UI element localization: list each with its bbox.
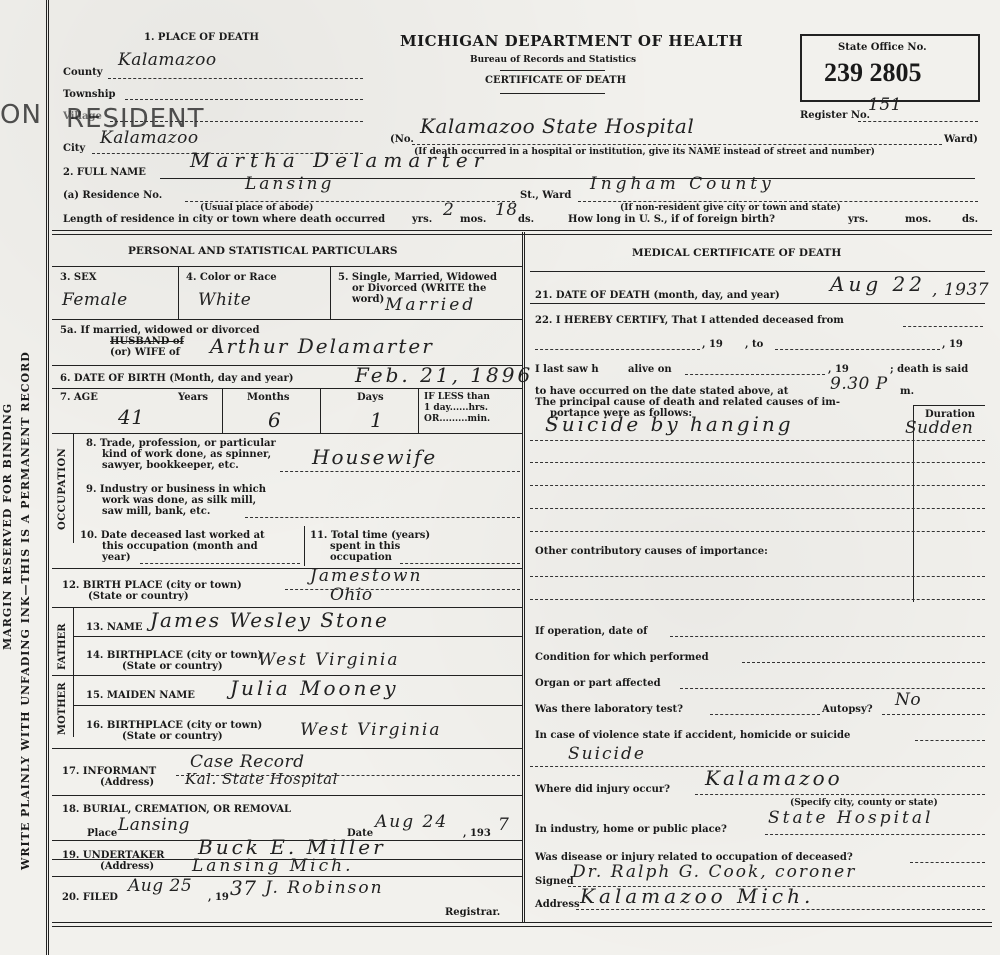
last-worked-label-2: this occupation (month and	[102, 541, 258, 552]
residence-value: Lansing	[245, 174, 334, 194]
informant-address-value: Kal. State Hospital	[185, 770, 338, 788]
st-ward-label: St., Ward	[520, 190, 571, 201]
county-label: County	[63, 67, 103, 78]
length-residence-label: Length of residence in city or town wher…	[63, 214, 385, 225]
register-line	[858, 121, 978, 122]
father-birthplace-label-1: 14. BIRTHPLACE (city or town)	[86, 650, 262, 661]
industry-home-label: In industry, home or public place?	[535, 824, 727, 835]
residence-line	[185, 201, 515, 202]
other-causes-line	[530, 576, 985, 577]
other-causes-line	[530, 599, 985, 600]
industry-home-value: State Hospital	[768, 808, 933, 828]
trade-line	[280, 471, 520, 472]
binding-margin-line	[46, 0, 49, 955]
father-name-value: James Wesley Stone	[150, 608, 389, 632]
residence-ds-value: 18	[495, 200, 518, 220]
industry-label-3: saw mill, bank, etc.	[102, 506, 210, 517]
age-months-label: Months	[247, 392, 290, 403]
personal-section-title: PERSONAL AND STATISTICAL PARTICULARS	[128, 245, 398, 257]
signed-value: Dr. Ralph G. Cook, coroner	[572, 862, 856, 882]
full-name-value: Martha Delamarter	[190, 148, 489, 172]
violence-value: Suicide	[568, 744, 646, 764]
death-said-label: ; death is said	[890, 364, 968, 375]
injury-where-line	[695, 794, 985, 795]
trade-label-1: 8. Trade, profession, or particular	[86, 438, 276, 449]
cause-line	[530, 440, 985, 441]
industry-label-2: work was done, as silk mill,	[102, 495, 256, 506]
row-rule	[52, 319, 522, 320]
total-time-line	[400, 563, 520, 564]
cell-divider	[222, 388, 223, 433]
dod-year: , 1937	[932, 280, 989, 300]
specify-note: (Specify city, county or state)	[790, 798, 938, 808]
county-value: Kalamazoo	[118, 50, 217, 70]
father-side-label: FATHER	[57, 623, 68, 670]
bottom-rule	[52, 922, 992, 923]
bureau-subtitle: Bureau of Records and Statistics	[470, 55, 636, 65]
place-of-death-heading: 1. PLACE OF DEATH	[144, 32, 259, 43]
village-label: Village	[63, 111, 102, 122]
race-label: 4. Color or Race	[186, 272, 277, 283]
foreign-mos-label: mos.	[905, 214, 931, 225]
other-causes-label: Other contributory causes of importance:	[535, 546, 768, 557]
residence-ds-label: ds.	[518, 214, 534, 225]
alive-line	[685, 374, 825, 375]
occupation-side-divider	[73, 433, 74, 543]
marital-value: Married	[385, 295, 476, 315]
ward-label: Ward)	[944, 134, 978, 145]
age-months-value: 6	[268, 408, 281, 432]
cause-line	[530, 485, 985, 486]
certify-to-label: , to	[745, 339, 763, 350]
marital-label-2: or Divorced (WRITE the	[352, 283, 486, 294]
autopsy-label: Autopsy?	[822, 704, 873, 715]
section-rule	[52, 230, 992, 231]
age-years-value: 41	[118, 405, 144, 429]
father-birthplace-label-2: (State or country)	[122, 661, 223, 672]
total-time-label-3: occupation	[330, 552, 392, 563]
mother-maiden-value: Julia Mooney	[230, 676, 399, 700]
state-office-number: 239 2805	[824, 58, 922, 88]
cell-divider	[330, 266, 331, 319]
autopsy-value: No	[895, 690, 921, 710]
registrar-label: Registrar.	[445, 907, 500, 918]
sex-label: 3. SEX	[60, 272, 97, 283]
registrar-signature: J. Robinson	[265, 878, 384, 898]
row-rule	[52, 388, 522, 389]
industry-home-line	[765, 834, 985, 835]
row-rule	[74, 705, 522, 706]
cause-line	[530, 462, 985, 463]
lab-test-label: Was there laboratory test?	[535, 704, 683, 715]
marital-label-3: word)	[352, 294, 384, 305]
city-label: City	[63, 143, 85, 154]
township-label: Township	[63, 89, 116, 100]
county-line	[108, 78, 363, 79]
header-rule	[500, 93, 605, 94]
foreign-birth-label: How long in U. S., if of foreign birth?	[568, 214, 775, 225]
autopsy-line	[882, 714, 985, 715]
age-label: 7. AGE	[60, 392, 98, 403]
last-worked-line	[140, 563, 300, 564]
st-ward-line	[578, 201, 978, 202]
foreign-yrs-label: yrs.	[848, 214, 868, 225]
dod-value: Aug 22	[830, 272, 926, 296]
cell-divider	[178, 266, 179, 319]
informant-name-value: Case Record	[190, 752, 304, 772]
certify-label: 22. I HEREBY CERTIFY, That I attended de…	[535, 315, 844, 326]
filed-year-suffix: 37	[230, 876, 256, 900]
certify-from-line	[535, 349, 700, 350]
department-title: MICHIGAN DEPARTMENT OF HEALTH	[400, 32, 743, 50]
no-label: (No.	[390, 134, 414, 145]
row-rule	[52, 266, 522, 267]
total-time-label-2: spent in this	[330, 541, 400, 552]
age-days-value: 1	[370, 408, 383, 432]
margin-text-permanent-record: WRITE PLAINLY WITH UNFADING INK—THIS IS …	[20, 351, 31, 870]
operation-label: If operation, date of	[535, 626, 647, 637]
father-name-label: 13. NAME	[86, 622, 142, 633]
filed-date-value: Aug 25	[128, 876, 192, 896]
address-value: Kalamazoo Mich.	[580, 884, 814, 908]
residence-yrs-label: yrs.	[412, 214, 432, 225]
birthplace-city-value: Jamestown	[310, 566, 422, 586]
last-worked-label-3: year)	[102, 552, 131, 563]
township-line	[125, 99, 363, 100]
column-divider	[522, 232, 525, 922]
trade-value: Housewife	[312, 445, 437, 469]
undertaker-address-label: (Address)	[100, 861, 154, 872]
marital-label-1: 5. Single, Married, Widowed	[338, 272, 497, 283]
burial-year-suffix: 7	[498, 815, 509, 835]
cell-divider	[320, 388, 321, 433]
mother-birthplace-value: West Virginia	[300, 720, 442, 740]
register-number: 151	[868, 95, 902, 115]
last-worked-label-1: 10. Date deceased last worked at	[80, 530, 265, 541]
address-label: Address	[535, 899, 580, 910]
cell-divider	[304, 526, 305, 566]
stamp-non-resident-left: ON	[0, 100, 42, 130]
last-saw-label: I last saw h	[535, 364, 599, 375]
informant-label: 17. INFORMANT	[62, 766, 156, 777]
certify-from-19: , 19	[702, 339, 723, 350]
occurred-at-label: to have occurred on the date stated abov…	[535, 386, 788, 397]
birthplace-state-value: Ohio	[330, 585, 373, 605]
full-name-label: 2. FULL NAME	[63, 167, 146, 178]
row-rule	[74, 636, 522, 637]
spouse-label-husband: HUSBAND of	[110, 336, 184, 347]
organ-line	[680, 688, 985, 689]
mother-birthplace-label-1: 16. BIRTHPLACE (city or town)	[86, 720, 262, 731]
burial-place-value: Lansing	[118, 815, 190, 835]
sex-value: Female	[62, 290, 128, 310]
filed-year-prefix: , 19	[208, 892, 229, 903]
certificate-title: CERTIFICATE OF DEATH	[485, 75, 626, 86]
less-than-label-1: IF LESS than	[424, 392, 490, 402]
header-rule	[500, 70, 605, 71]
total-time-label-1: 11. Total time (years)	[310, 530, 430, 541]
mother-side-label: MOTHER	[57, 682, 68, 735]
medical-section-title: MEDICAL CERTIFICATE OF DEATH	[632, 247, 841, 259]
informant-address-label: (Address)	[100, 777, 154, 788]
race-value: White	[198, 290, 251, 310]
certify-line	[903, 326, 983, 327]
dod-label: 21. DATE OF DEATH (month, day, and year)	[535, 290, 780, 301]
spouse-value: Arthur Delamarter	[210, 334, 434, 358]
trade-label-3: sawyer, bookkeeper, etc.	[102, 460, 239, 471]
residence-label: (a) Residence No.	[63, 190, 162, 201]
duration-value: Sudden	[905, 418, 973, 438]
burial-date-value: Aug 24	[375, 812, 448, 832]
filed-label: 20. FILED	[62, 892, 118, 903]
injury-where-value: Kalamazoo	[705, 766, 843, 790]
trade-label-2: kind of work done, as spinner,	[102, 449, 271, 460]
foreign-ds-label: ds.	[962, 214, 978, 225]
undertaker-address-value: Lansing Mich.	[192, 856, 354, 876]
residence-mos-label: mos.	[460, 214, 486, 225]
row-rule	[52, 748, 522, 749]
condition-line	[742, 662, 985, 663]
certify-to-19: , 19	[942, 339, 963, 350]
time-of-death-value: 9.30 P	[830, 374, 888, 394]
address-line	[576, 909, 985, 910]
birthplace-label-2: (State or country)	[88, 591, 189, 602]
age-years-label: Years	[178, 392, 208, 403]
residence-mos-value: 2	[443, 200, 454, 220]
cell-divider	[418, 388, 419, 433]
cause-label-1: The principal cause of death and related…	[535, 397, 840, 408]
register-label: Register No.	[800, 110, 870, 121]
st-ward-value: Ingham County	[590, 174, 775, 194]
operation-line	[670, 636, 985, 637]
nonresident-note: (If non-resident give city or town and s…	[620, 203, 841, 213]
father-birthplace-value: West Virginia	[258, 650, 400, 670]
dob-value: Feb. 21, 1896	[355, 363, 533, 387]
bottom-rule	[52, 926, 992, 927]
burial-year-prefix: , 193	[463, 828, 491, 839]
occupation-related-line	[910, 862, 985, 863]
burial-label: 18. BURIAL, CREMATION, OR REMOVAL	[62, 804, 291, 815]
row-rule	[52, 433, 522, 434]
violence-line	[915, 740, 985, 741]
row-rule	[52, 876, 522, 877]
violence-label: In case of violence state if accident, h…	[535, 730, 850, 741]
occupation-side-label: OCCUPATION	[57, 448, 68, 530]
birthplace-label-1: 12. BIRTH PLACE (city or town)	[62, 580, 242, 591]
institution-value: Kalamazoo State Hospital	[420, 114, 694, 138]
cause-line	[530, 531, 985, 532]
industry-label-1: 9. Industry or business in which	[86, 484, 266, 495]
abode-note: (Usual place of abode)	[200, 203, 313, 213]
cause-of-death-value: Suicide by hanging	[545, 412, 794, 436]
certify-to-line	[775, 349, 940, 350]
margin-text-binding: MARGIN RESERVED FOR BINDING	[2, 403, 13, 650]
injury-where-label: Where did injury occur?	[535, 784, 670, 795]
lab-test-line	[710, 714, 820, 715]
organ-label: Organ or part affected	[535, 678, 661, 689]
burial-place-label: Place	[87, 828, 117, 839]
age-days-label: Days	[357, 392, 384, 403]
duration-top-rule	[913, 405, 985, 406]
mother-birthplace-label-2: (State or country)	[122, 731, 223, 742]
cause-line	[530, 508, 985, 509]
row-rule	[52, 568, 522, 569]
less-than-label-3: OR.........min.	[424, 414, 490, 424]
birthplace-line	[285, 589, 520, 590]
state-office-label: State Office No.	[838, 42, 927, 53]
death-certificate-page: MARGIN RESERVED FOR BINDING WRITE PLAINL…	[0, 0, 1000, 955]
industry-line	[245, 517, 520, 518]
row-rule	[52, 795, 522, 796]
state-office-box: State Office No. 239 2805	[800, 34, 980, 102]
alive-label: alive on	[628, 364, 672, 375]
condition-label: Condition for which performed	[535, 652, 709, 663]
row-rule	[530, 303, 985, 304]
institution-line	[412, 144, 942, 145]
m-label: m.	[900, 386, 914, 397]
city-value: Kalamazoo	[100, 128, 199, 148]
less-than-label-2: 1 day......hrs.	[424, 403, 488, 413]
village-line	[110, 121, 363, 122]
mother-maiden-label: 15. MAIDEN NAME	[86, 690, 195, 701]
parents-side-divider	[73, 607, 74, 737]
spouse-label-wife: (or) WIFE of	[110, 347, 180, 358]
dob-label: 6. DATE OF BIRTH (Month, day and year)	[60, 373, 294, 384]
